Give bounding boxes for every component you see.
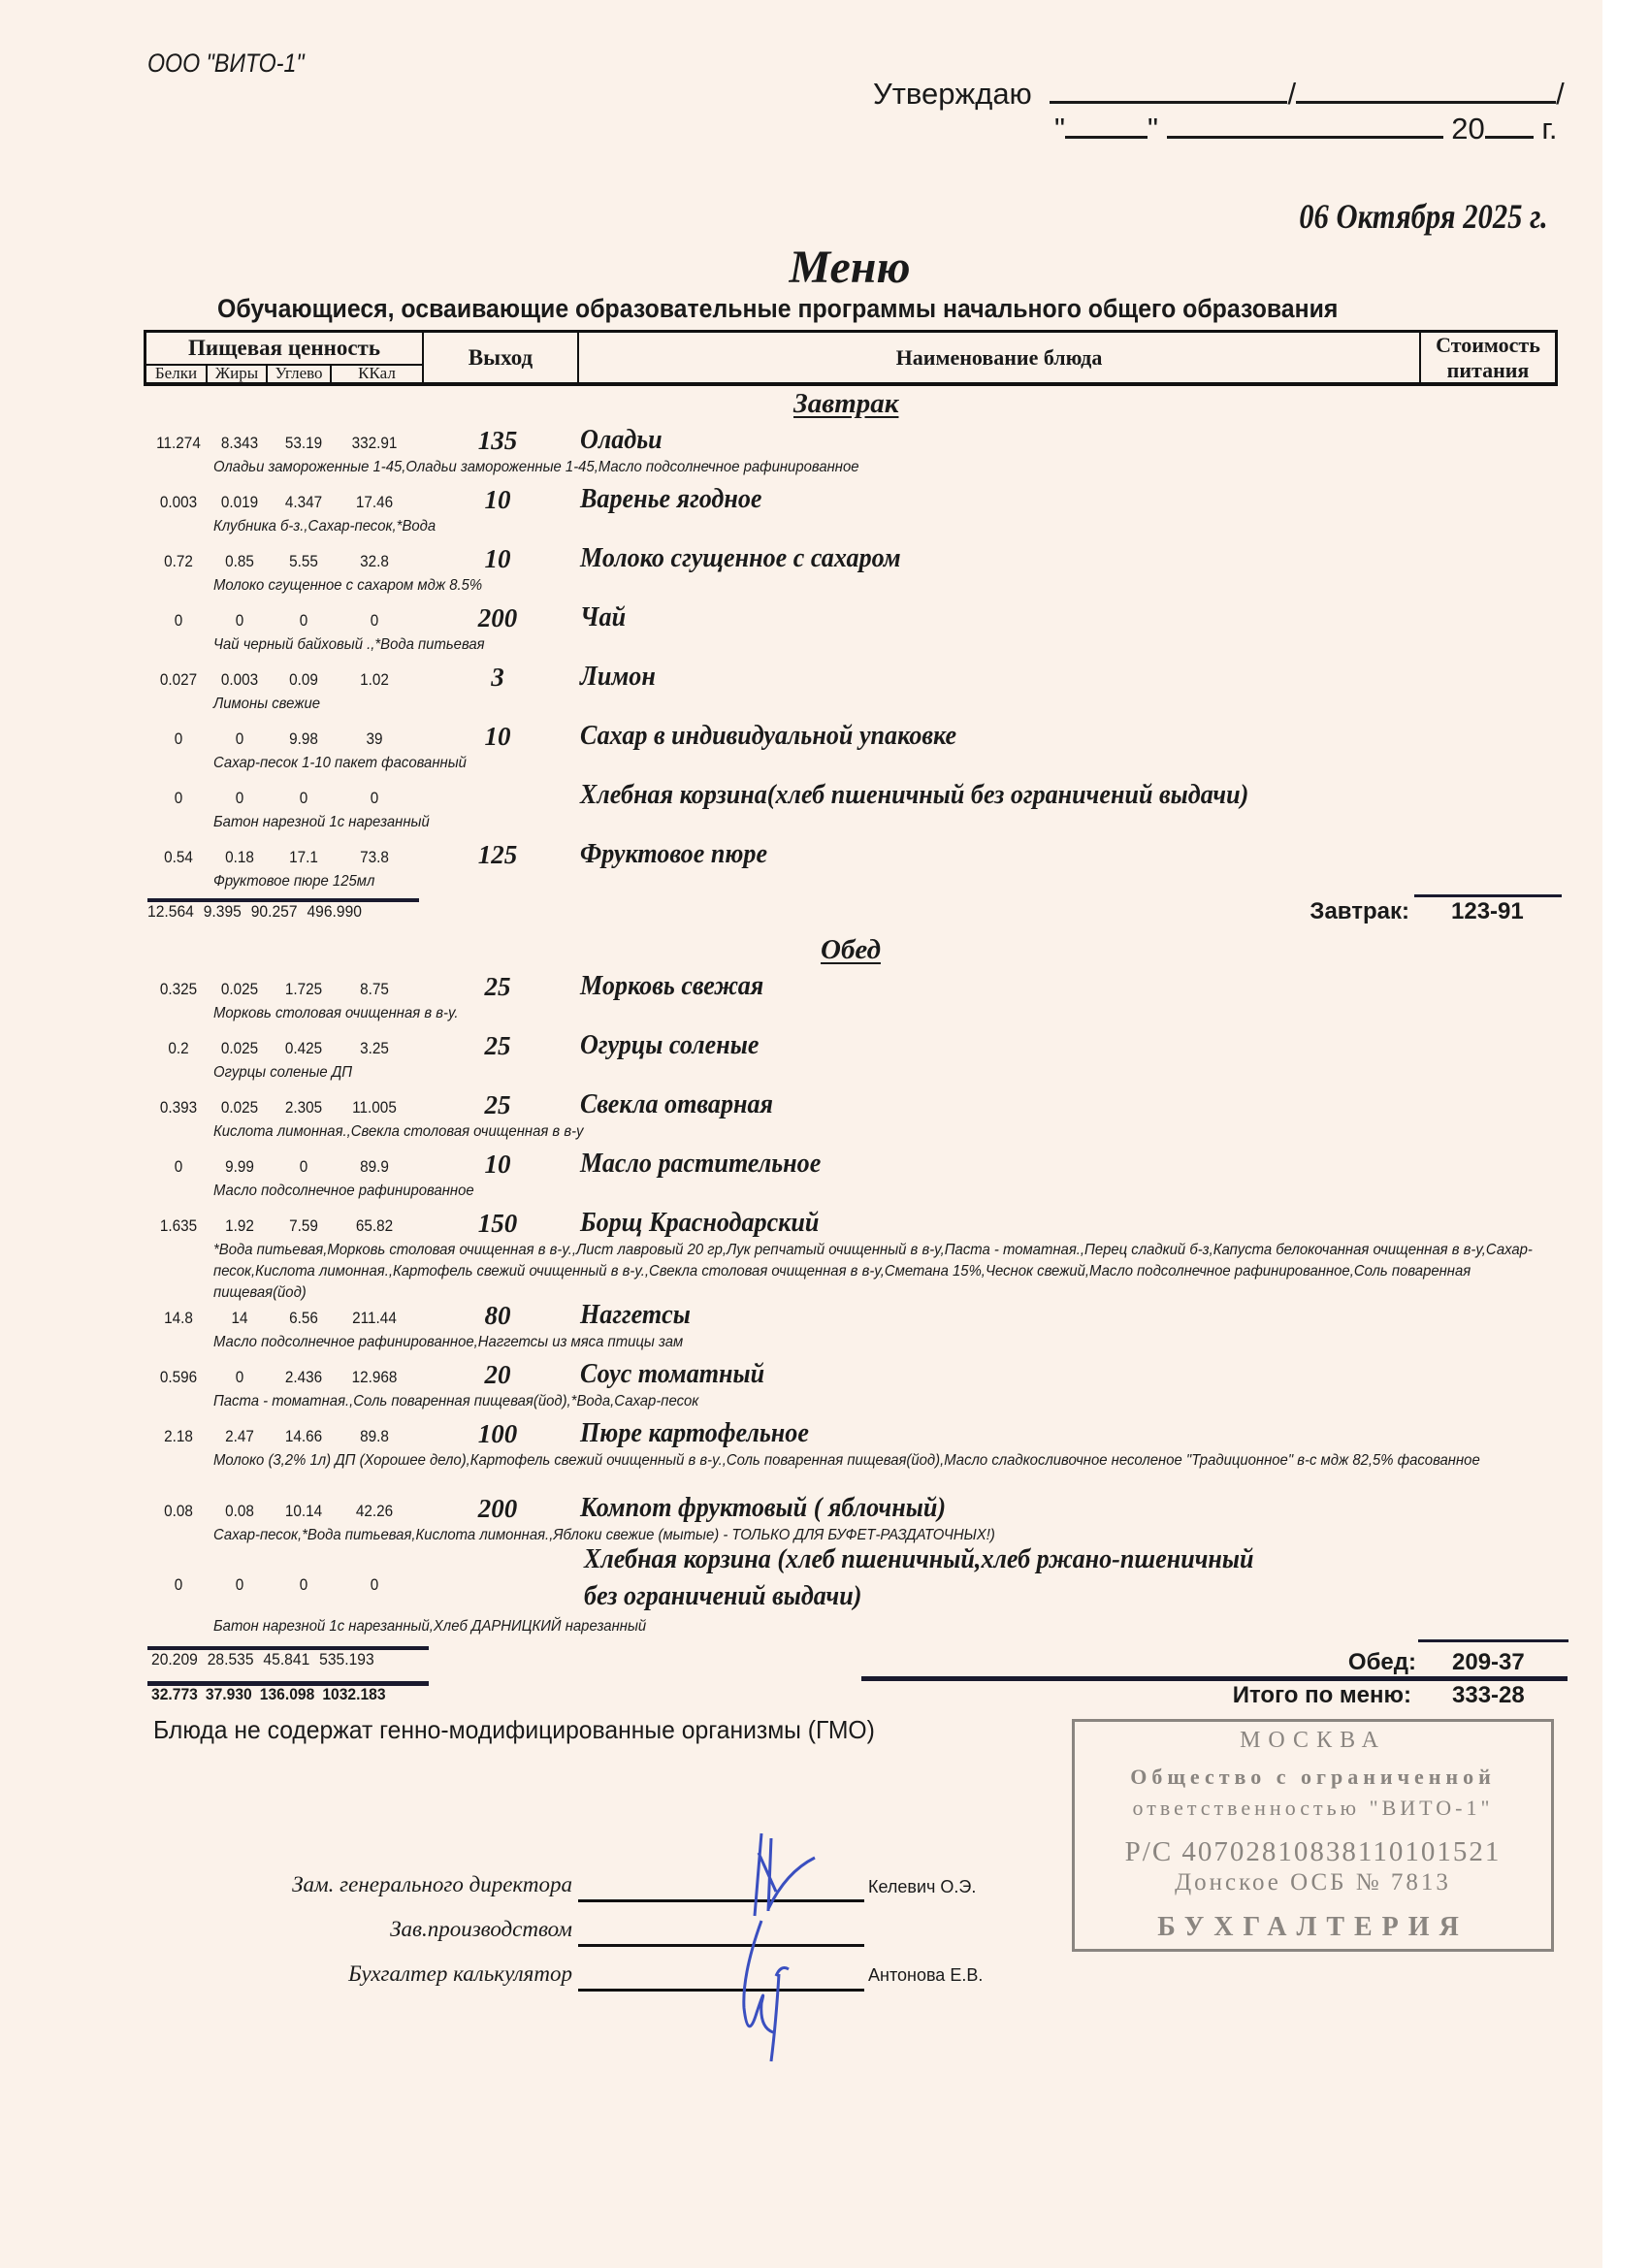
nutrition-carbs: 10.14 <box>274 1502 335 1521</box>
signature-name-deputy-director: Келевич О.Э. <box>868 1877 976 1897</box>
stamp-city: МОСКВА <box>1075 1728 1551 1754</box>
nutrition-kcal: 11.005 <box>344 1098 405 1118</box>
nutrition-carbs: 2.436 <box>274 1368 335 1387</box>
approve-label: Утверждаю <box>873 77 1032 111</box>
total-carbs: 90.257 <box>251 902 298 921</box>
dish-ingredients: Огурцы соленые ДП <box>213 1062 352 1084</box>
page-subtitle: Обучающиеся, осваивающие образовательные… <box>217 294 1338 324</box>
dish-ingredients: Фруктовое пюре 125мл <box>213 871 374 892</box>
signature-name-accountant: Антонова Е.В. <box>868 1965 983 1986</box>
nutrition-carbs: 0.09 <box>274 670 335 690</box>
dish-yield: 25 <box>459 1090 536 1120</box>
total-kcal: 535.193 <box>319 1650 374 1669</box>
dish-ingredients: *Вода питьевая,Морковь столовая очищенна… <box>213 1240 1539 1304</box>
dish-name: Борщ Краснодарский <box>580 1207 819 1239</box>
dish-name: Свекла отварная <box>580 1088 773 1120</box>
cost-header: Стоимость питания <box>1421 333 1555 382</box>
nutrition-carbs: 9.98 <box>274 729 335 749</box>
nutrition-kcal: 73.8 <box>344 848 405 867</box>
nutrition-carbs: 17.1 <box>274 848 335 867</box>
dish-yield: 10 <box>459 544 536 574</box>
nutrition-proteins: 0 <box>148 1157 210 1177</box>
proteins-header: Белки <box>146 364 208 383</box>
signature-line <box>578 1944 864 1947</box>
dish-ingredients: Чай черный байховый .,*Вода питьевая <box>213 634 485 656</box>
stamp-bank: Донское ОСБ № 7813 <box>1075 1869 1551 1896</box>
nutrition-fats: 0.003 <box>210 670 271 690</box>
nutrition-kcal: 12.968 <box>344 1368 405 1387</box>
dish-ingredients: Масло подсолнечное рафинированное,Наггет… <box>213 1332 683 1353</box>
nutrition-kcal: 39 <box>344 729 405 749</box>
dish-name: Масло растительное <box>580 1148 821 1180</box>
dish-yield: 200 <box>459 603 536 633</box>
company-stamp: МОСКВА Общество с ограниченной ответстве… <box>1072 1719 1554 1952</box>
nutrition-fats: 0.08 <box>210 1502 271 1521</box>
lunch-cost-label: Обед: <box>1212 1649 1416 1676</box>
signature-role-deputy-director: Зам. генерального директора <box>223 1872 572 1897</box>
slash-divider: / <box>1556 77 1565 111</box>
year-suffix: г. <box>1541 112 1557 146</box>
nutrition-kcal: 89.8 <box>344 1427 405 1446</box>
nutrition-carbs: 4.347 <box>274 493 335 512</box>
dish-ingredients: Батон нарезной 1с нарезанный,Хлеб ДАРНИЦ… <box>213 1616 646 1637</box>
nutrition-proteins: 0.027 <box>148 670 210 690</box>
dish-ingredients: Батон нарезной 1с нарезанный <box>213 812 430 833</box>
dish-yield: 25 <box>459 1031 536 1061</box>
day-blank <box>1065 111 1148 139</box>
stamp-account: Р/С 40702810838110101521 <box>1075 1836 1551 1868</box>
dish-name: Огурцы соленые <box>580 1029 759 1061</box>
dish-name: Морковь свежая <box>580 970 763 1002</box>
year-prefix: 20 <box>1451 112 1484 146</box>
nutrition-carbs: 0 <box>274 1575 335 1595</box>
dish-name: Хлебная корзина (хлеб пшеничный,хлеб ржа… <box>584 1543 1254 1575</box>
nutrition-proteins: 0 <box>148 729 210 749</box>
menu-table-header: Пищевая ценность Белки Жиры Углево ККал … <box>144 330 1558 386</box>
signature-line <box>578 1989 864 1992</box>
grand-total-proteins: 32.773 <box>151 1685 198 1703</box>
signature-role-production-head: Зав.производством <box>223 1917 572 1942</box>
breakfast-cost-rule <box>1414 894 1562 897</box>
grand-total-carbs: 136.098 <box>260 1685 315 1703</box>
dish-name: Чай <box>580 601 626 633</box>
stamp-line2: ответственностью "ВИТО-1" <box>1075 1796 1551 1821</box>
dish-ingredients: Клубника б-з.,Сахар-песок,*Вода <box>213 516 436 537</box>
signature-role-accountant: Бухгалтер калькулятор <box>223 1961 572 1987</box>
nutrition-carbs: 0 <box>274 789 335 808</box>
nutrition-fats: 0.025 <box>210 1039 271 1058</box>
nutrition-kcal: 89.9 <box>344 1157 405 1177</box>
quote-open: " <box>1054 112 1065 146</box>
dish-yield: 10 <box>459 1150 536 1180</box>
total-proteins: 20.209 <box>151 1650 198 1669</box>
nutrition-proteins: 0.393 <box>148 1098 210 1118</box>
dish-name: Соус томатный <box>580 1358 764 1390</box>
breakfast-cost-value: 123-91 <box>1451 898 1524 925</box>
nutrition-carbs: 6.56 <box>274 1309 335 1328</box>
nutrition-carbs: 53.19 <box>274 434 335 453</box>
dish-name: Фруктовое пюре <box>580 838 767 870</box>
nutrition-fats: 0 <box>210 789 271 808</box>
lunch-cost-rule <box>1418 1639 1568 1642</box>
grand-total-rule <box>861 1676 1568 1681</box>
nutrition-fats: 0 <box>210 1368 271 1387</box>
carbs-header: Углево <box>268 364 332 383</box>
nutrition-proteins: 0 <box>148 789 210 808</box>
nutrition-proteins: 0.54 <box>148 848 210 867</box>
total-proteins: 12.564 <box>147 902 194 921</box>
nutrition-fats: 0.025 <box>210 980 271 999</box>
dish-yield: 10 <box>459 485 536 515</box>
nutrition-carbs: 5.55 <box>274 552 335 571</box>
nutrition-proteins: 14.8 <box>148 1309 210 1328</box>
nutrition-proteins: 2.18 <box>148 1427 210 1446</box>
year-blank <box>1485 111 1534 139</box>
kcal-header: ККал <box>332 364 422 383</box>
grand-total-fats: 37.930 <box>206 1685 252 1703</box>
nutrition-carbs: 0 <box>274 611 335 631</box>
dish-yield: 25 <box>459 972 536 1002</box>
dish-name: Лимон <box>580 661 656 693</box>
dish-yield: 3 <box>459 663 536 693</box>
cost-header-line2: питания <box>1447 358 1530 383</box>
nutrition-kcal: 211.44 <box>344 1309 405 1328</box>
nutrition-kcal: 32.8 <box>344 552 405 571</box>
nutrition-header-label: Пищевая ценность <box>146 333 422 366</box>
nutrition-fats: 14 <box>210 1309 271 1328</box>
cost-header-line1: Стоимость <box>1436 333 1540 358</box>
nutrition-kcal: 0 <box>344 789 405 808</box>
nutrition-fats: 0.025 <box>210 1098 271 1118</box>
nutrition-carbs: 2.305 <box>274 1098 335 1118</box>
nutrition-kcal: 65.82 <box>344 1216 405 1236</box>
grand-total-label: Итого по меню: <box>1067 1682 1411 1709</box>
nutrition-kcal: 0 <box>344 1575 405 1595</box>
nutrition-carbs: 1.725 <box>274 980 335 999</box>
breakfast-section-title: Завтрак <box>793 388 898 420</box>
dish-name: Хлебная корзина(хлеб пшеничный без огран… <box>580 779 1248 811</box>
dish-name: Молоко сгущенное с сахаром <box>580 542 901 574</box>
document-date: 06 Октября 2025 г. <box>1300 196 1548 237</box>
nutrition-fats: 2.47 <box>210 1427 271 1446</box>
nutrition-proteins: 0.325 <box>148 980 210 999</box>
dish-ingredients: Лимоны свежие <box>213 694 320 715</box>
dish-yield: 20 <box>459 1360 536 1390</box>
dish-yield: 200 <box>459 1494 536 1524</box>
dish-ingredients: Сахар-песок 1-10 пакет фасованный <box>213 753 467 774</box>
month-blank <box>1167 111 1443 139</box>
nutrition-kcal: 3.25 <box>344 1039 405 1058</box>
dish-ingredients: Масло подсолнечное рафинированное <box>213 1181 474 1202</box>
dish-name: Сахар в индивидуальной упаковке <box>580 720 956 752</box>
dish-ingredients: Оладьи замороженные 1-45,Оладьи замороже… <box>213 457 859 478</box>
dish-ingredients: Молоко (3,2% 1л) ДП (Хорошее дело),Карто… <box>213 1450 1539 1472</box>
dish-yield: 10 <box>459 722 536 752</box>
dish-ingredients: Морковь столовая очищенная в в-у. <box>213 1003 459 1024</box>
nutrition-proteins: 0.003 <box>148 493 210 512</box>
dish-name-header: Наименование блюда <box>579 333 1421 382</box>
signature-line <box>578 1899 864 1902</box>
lunch-nutrition-totals: 20.209 28.535 45.841 535.193 <box>151 1650 374 1669</box>
dish-name: Пюре картофельное <box>580 1417 809 1449</box>
lunch-section-title: Обед <box>821 934 881 966</box>
dish-yield: 100 <box>459 1419 536 1449</box>
total-fats: 9.395 <box>204 902 242 921</box>
nutrition-carbs: 14.66 <box>274 1427 335 1446</box>
nutrition-fats: 0 <box>210 729 271 749</box>
stamp-line1: Общество с ограниченной <box>1075 1765 1551 1790</box>
nutrition-fats: 8.343 <box>210 434 271 453</box>
page-title: Меню <box>0 241 1649 294</box>
nutrition-kcal: 8.75 <box>344 980 405 999</box>
grand-total-value: 333-28 <box>1452 1682 1525 1709</box>
nutrition-carbs: 0.425 <box>274 1039 335 1058</box>
dish-name: Компот фруктовый ( яблочный) <box>580 1492 946 1524</box>
dish-name: без ограничений выдачи) <box>584 1580 861 1612</box>
nutrition-fats: 0 <box>210 1575 271 1595</box>
dish-name: Наггетсы <box>580 1299 691 1331</box>
dish-ingredients: Молоко сгущенное с сахаром мдж 8.5% <box>213 575 482 597</box>
approval-date-block: "" 20 г. <box>1054 111 1558 146</box>
nutrition-kcal: 0 <box>344 611 405 631</box>
nutrition-carbs: 7.59 <box>274 1216 335 1236</box>
breakfast-cost-label: Завтрак: <box>1212 898 1409 925</box>
stamp-department: БУХГАЛТЕРИЯ <box>1075 1912 1551 1943</box>
nutrition-kcal: 17.46 <box>344 493 405 512</box>
dish-yield: 125 <box>459 840 536 870</box>
nutrition-kcal: 1.02 <box>344 670 405 690</box>
nutrition-fats: 9.99 <box>210 1157 271 1177</box>
grand-total-kcal: 1032.183 <box>322 1685 385 1703</box>
nutrition-proteins: 0.596 <box>148 1368 210 1387</box>
approver-name-blank <box>1296 76 1556 104</box>
nutrition-proteins: 0.2 <box>148 1039 210 1058</box>
nutrition-proteins: 1.635 <box>148 1216 210 1236</box>
nutrition-header: Пищевая ценность Белки Жиры Углево ККал <box>146 333 424 382</box>
dish-yield: 80 <box>459 1301 536 1331</box>
nutrition-carbs: 0 <box>274 1157 335 1177</box>
nutrition-kcal: 42.26 <box>344 1502 405 1521</box>
nutrition-proteins: 0 <box>148 1575 210 1595</box>
fats-header: Жиры <box>208 364 268 383</box>
slash-divider: / <box>1287 77 1296 111</box>
total-carbs: 45.841 <box>263 1650 309 1669</box>
approval-block: Утверждаю // <box>873 76 1565 112</box>
breakfast-nutrition-totals: 12.564 9.395 90.257 496.990 <box>147 902 362 922</box>
nutrition-kcal: 332.91 <box>344 434 405 453</box>
yield-header: Выход <box>424 333 579 382</box>
dish-yield: 150 <box>459 1209 536 1239</box>
nutrition-proteins: 11.274 <box>148 434 210 453</box>
nutrition-proteins: 0.72 <box>148 552 210 571</box>
nutrition-fats: 0.019 <box>210 493 271 512</box>
gmo-note: Блюда не содержат генно-модифицированные… <box>153 1715 875 1745</box>
dish-yield: 135 <box>459 426 536 456</box>
nutrition-proteins: 0 <box>148 611 210 631</box>
dish-name: Оладьи <box>580 424 663 456</box>
lunch-cost-value: 209-37 <box>1452 1649 1525 1676</box>
quote-close: " <box>1148 112 1158 146</box>
dish-ingredients: Кислота лимонная.,Свекла столовая очищен… <box>213 1121 584 1143</box>
total-fats: 28.535 <box>208 1650 254 1669</box>
approver-signature-blank <box>1050 76 1287 104</box>
dish-ingredients: Паста - томатная.,Соль поваренная пищева… <box>213 1391 698 1412</box>
nutrition-proteins: 0.08 <box>148 1502 210 1521</box>
nutrition-fats: 0.18 <box>210 848 271 867</box>
dish-name: Варенье ягодное <box>580 483 761 515</box>
nutrition-fats: 1.92 <box>210 1216 271 1236</box>
nutrition-fats: 0.85 <box>210 552 271 571</box>
organization-name: ООО "ВИТО-1" <box>147 49 305 79</box>
nutrition-fats: 0 <box>210 611 271 631</box>
grand-nutrition-totals: 32.773 37.930 136.098 1032.183 <box>151 1685 386 1704</box>
total-kcal: 496.990 <box>307 902 362 921</box>
